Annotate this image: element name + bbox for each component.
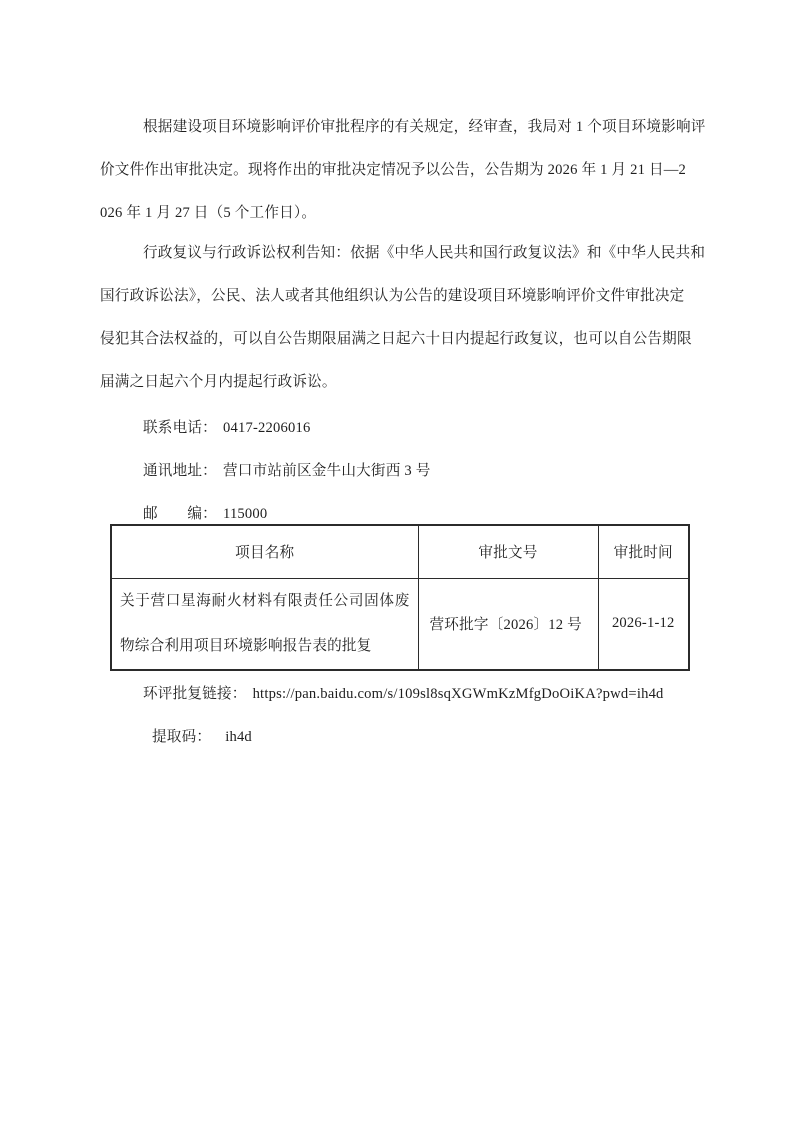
postal-code-value: 115000: [223, 506, 267, 522]
approval-table: 项目名称 审批文号 审批时间 关于营口星海耐火材料有限责任公司固体废物综合利用项…: [110, 524, 690, 671]
cell-approval-date: 2026-1-12: [598, 578, 689, 670]
phone-label: 联系电话：: [143, 420, 217, 436]
cell-project-name: 关于营口星海耐火材料有限责任公司固体废物综合利用项目环境影响报告表的批复: [111, 578, 418, 670]
extraction-code-value: ih4d: [225, 729, 252, 745]
postal-code-label: 邮 编：: [143, 506, 217, 522]
extraction-code-line: 提取码：ih4d: [100, 716, 696, 759]
paragraph-line: 根据建设项目环境影响评价审批程序的有关规定，经审查，我局对 1 个项目环境影响评: [100, 106, 696, 149]
paragraph-line: 行政复议与行政诉讼权利告知：依据《中华人民共和国行政复议法》和《中华人民共和: [100, 232, 696, 275]
table-row: 关于营口星海耐火材料有限责任公司固体废物综合利用项目环境影响报告表的批复 营环批…: [111, 578, 689, 670]
contact-address-line: 通讯地址：营口市站前区金牛山大街西 3 号: [100, 450, 696, 493]
extraction-code-label: 提取码：: [152, 729, 211, 745]
address-label: 通讯地址：: [143, 463, 217, 479]
eia-link-url: https://pan.baidu.com/s/109sl8sqXGWmKzMf…: [253, 686, 664, 702]
table-header-row: 项目名称 审批文号 审批时间: [111, 525, 689, 578]
announcement-paragraph: 根据建设项目环境影响评价审批程序的有关规定，经审查，我局对 1 个项目环境影响评…: [100, 106, 696, 235]
address-value: 营口市站前区金牛山大街西 3 号: [223, 463, 431, 479]
document-page: 根据建设项目环境影响评价审批程序的有关规定，经审查，我局对 1 个项目环境影响评…: [0, 0, 793, 1122]
header-project-name: 项目名称: [111, 525, 418, 578]
rights-notice-paragraph: 行政复议与行政诉讼权利告知：依据《中华人民共和国行政复议法》和《中华人民共和 国…: [100, 232, 696, 404]
eia-link-line: 环评批复链接：https://pan.baidu.com/s/109sl8sqX…: [100, 673, 696, 716]
contact-info-block: 联系电话：0417-2206016 通讯地址：营口市站前区金牛山大街西 3 号 …: [100, 407, 696, 536]
paragraph-line: 侵犯其合法权益的，可以自公告期限届满之日起六十日内提起行政复议，也可以自公告期限: [100, 318, 696, 361]
paragraph-line: 国行政诉讼法》，公民、法人或者其他组织认为公告的建设项目环境影响评价文件审批决定: [100, 275, 696, 318]
header-approval-date: 审批时间: [598, 525, 689, 578]
paragraph-line: 026 年 1 月 27 日（5 个工作日）。: [100, 192, 696, 235]
phone-value: 0417-2206016: [223, 420, 311, 436]
paragraph-line: 价文件作出审批决定。现将作出的审批决定情况予以公告，公告期为 2026 年 1 …: [100, 149, 696, 192]
header-approval-no: 审批文号: [418, 525, 598, 578]
eia-link-label: 环评批复链接：: [143, 686, 247, 702]
paragraph-line: 届满之日起六个月内提起行政诉讼。: [100, 361, 696, 404]
cell-approval-no: 营环批字〔2026〕12 号: [418, 578, 598, 670]
contact-phone-line: 联系电话：0417-2206016: [100, 407, 696, 450]
